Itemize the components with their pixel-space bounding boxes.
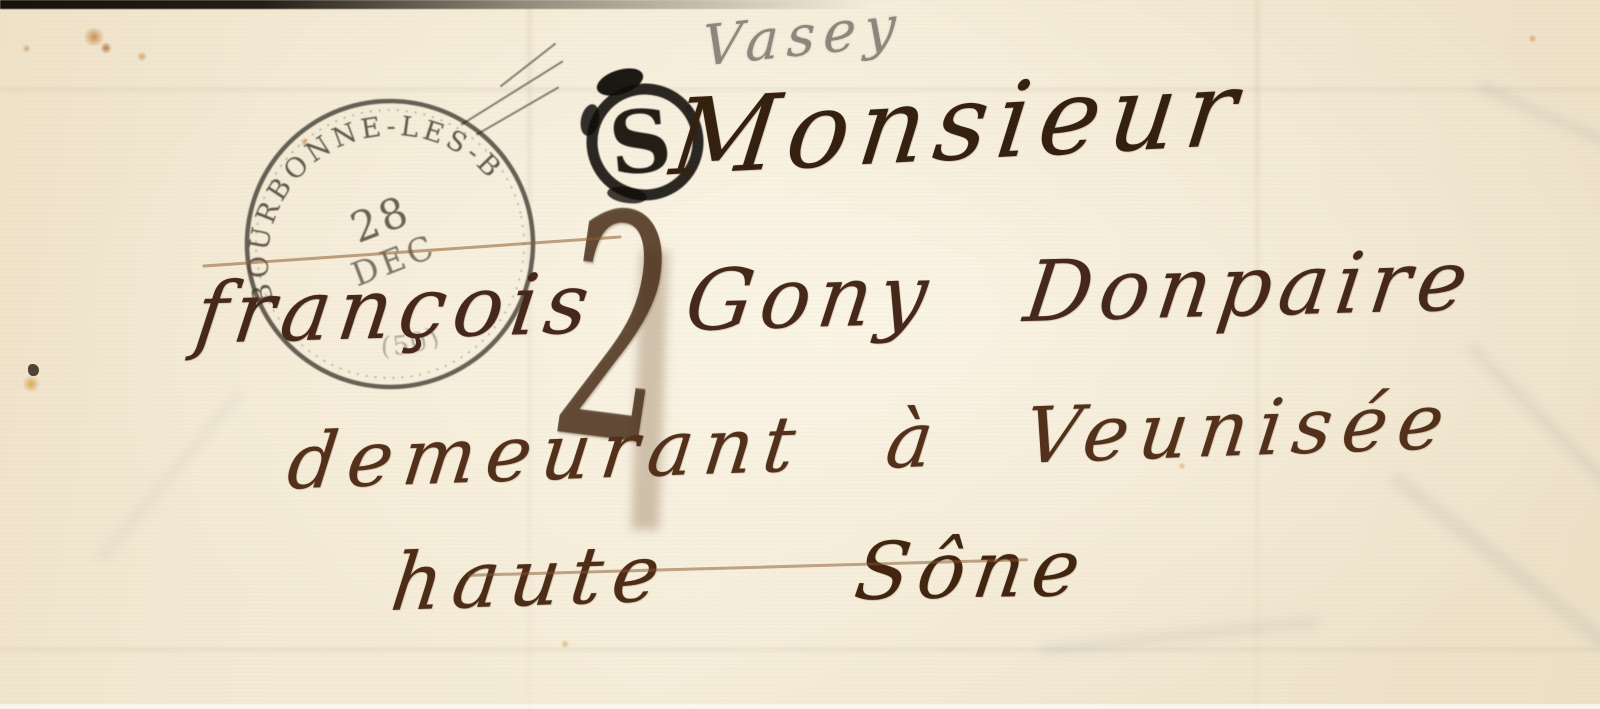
foxing-spot	[1528, 34, 1537, 43]
foxing-spot	[100, 42, 112, 54]
scan-bottom-edge	[0, 704, 1600, 709]
address-line-department-right: Sône	[850, 522, 1094, 618]
address-line-department-left: haute	[386, 527, 675, 629]
fold-crease	[1256, 0, 1259, 709]
show-through-mark	[1387, 469, 1600, 666]
letter-scan: BOURBONNE-LES-B 28 DEC (50) S Vasey 2 Mo…	[0, 0, 1600, 709]
address-line-residence: demeurant à Veunisée	[283, 377, 1459, 507]
scan-edge-smear	[0, 0, 870, 9]
stain-halo	[22, 376, 40, 392]
show-through-mark	[1476, 80, 1600, 172]
ink-speck	[28, 364, 39, 376]
show-through-mark	[1463, 340, 1600, 533]
show-through-mark	[95, 388, 246, 564]
fold-crease	[0, 648, 1600, 651]
foxing-spot	[22, 44, 31, 53]
foxing-spot	[136, 52, 148, 61]
foxing-spot	[560, 640, 570, 648]
